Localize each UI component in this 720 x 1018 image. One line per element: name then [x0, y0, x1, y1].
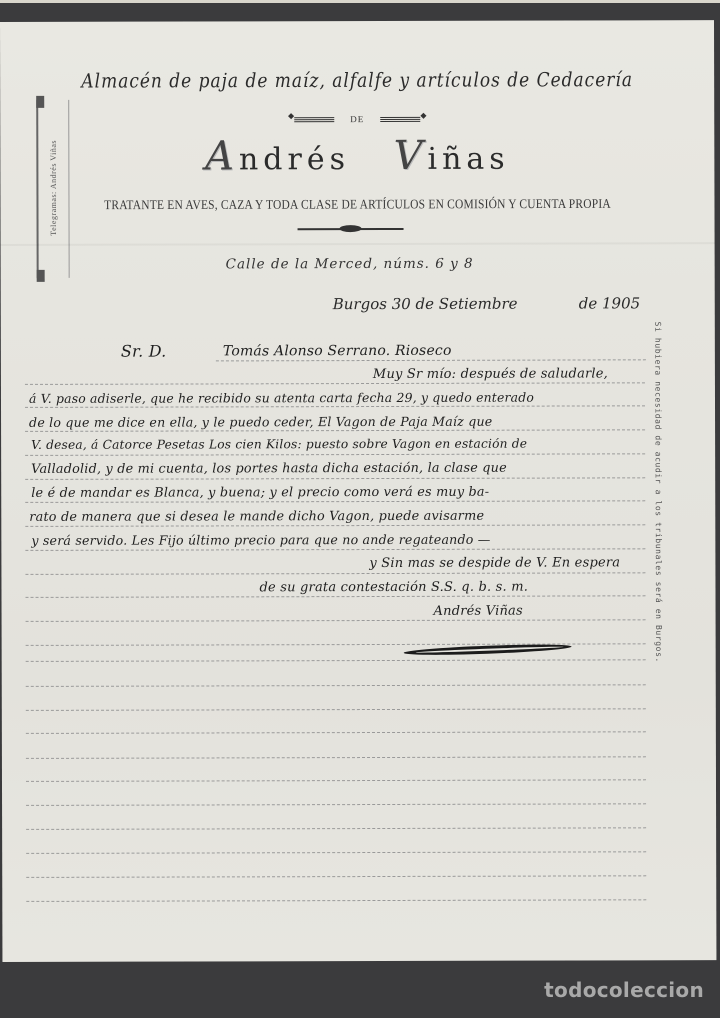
letter-line: Valladolid, y de mi cuenta, los portes h… — [31, 461, 507, 477]
ruled-line — [25, 405, 645, 408]
firm-name-first: ndrés — [239, 142, 350, 177]
ruled-line — [26, 803, 646, 806]
letter-line: le é de mandar es Blanca, y buena; y el … — [31, 485, 489, 501]
ruled-line — [26, 899, 646, 902]
ruled-line — [25, 382, 645, 385]
firm-initial-last: V — [393, 133, 427, 179]
ruled-line — [25, 524, 645, 527]
legal-notice-text: Si hubiera necesidad de acudir a los tri… — [653, 322, 663, 663]
de-label: DE — [350, 114, 364, 124]
ruled-line — [25, 453, 645, 456]
trade-tagline: TRATANTE EN AVES, CAZA Y TODA CLASE DE A… — [0, 197, 714, 213]
letter-line: y Sin mas se despide de V. En espera — [369, 555, 620, 571]
letter-line: de su grata contestación S.S. q. b. s. m… — [259, 580, 528, 596]
signature: Andrés Viñas — [434, 604, 523, 619]
ruled-line — [25, 572, 645, 575]
de-ornament-row: DE — [0, 112, 714, 125]
recipient-name: Tomás Alonso Serrano. Rioseco — [223, 343, 452, 360]
letter-sheet: Almacén de paja de maíz, alfalfe y artíc… — [0, 20, 716, 962]
firm-name: Andrés Viñas — [0, 132, 714, 180]
firm-initial-first: A — [205, 133, 239, 179]
telegram-label-box: Telegramas: Andrés Viñas — [36, 100, 69, 278]
ruled-line — [26, 756, 646, 759]
ruled-line — [26, 659, 646, 662]
letter-line: V. desea, á Catorce Pesetas Los cien Kil… — [31, 437, 527, 452]
business-description: Almacén de paja de maíz, alfalfe y artíc… — [0, 69, 714, 94]
box-clip-icon — [37, 270, 45, 282]
ruled-line — [216, 359, 646, 361]
ruled-line — [25, 548, 645, 551]
letter-line: á V. paso adiserle, que he recibido su a… — [29, 390, 534, 406]
ruled-line — [25, 477, 645, 480]
ruled-line — [26, 708, 646, 711]
ruled-line — [26, 827, 646, 830]
letter-line: y será servido. Les Fijo último precio p… — [31, 532, 490, 548]
telegram-label: Telegramas: Andrés Viñas — [49, 140, 58, 236]
salutation-prefix: Sr. D. — [121, 342, 167, 361]
legal-notice: Si hubiera necesidad de acudir a los tri… — [651, 282, 666, 702]
letter-line: Muy Sr mío: después de saludarle, — [373, 366, 608, 382]
ruled-line — [26, 684, 646, 687]
business-address: Calle de la Merced, núms. 6 y 8 — [226, 256, 474, 273]
right-ornament-icon — [376, 114, 424, 124]
left-ornament-icon — [290, 114, 338, 124]
box-clip-icon — [36, 96, 44, 108]
ruled-line — [26, 595, 646, 598]
date-place-day: Burgos 30 de Setiembre — [333, 295, 518, 313]
watermark-logo: todocoleccion — [544, 978, 704, 1002]
ruled-line — [26, 731, 646, 734]
ruled-line — [26, 619, 646, 622]
ruled-line — [26, 851, 646, 854]
divider-ornament-icon — [298, 227, 404, 231]
letter-line: de lo que me dice en ella, y le puedo ce… — [29, 414, 492, 430]
top-edge-strip — [0, 0, 720, 3]
ruled-line — [25, 429, 645, 432]
letter-line: rato de manera que si desea le mande dic… — [29, 509, 484, 525]
ruled-line — [25, 500, 645, 503]
date-year: de 1905 — [579, 294, 640, 312]
ruled-line — [26, 779, 646, 782]
ruled-line — [26, 875, 646, 878]
firm-name-last: iñas — [427, 142, 509, 177]
